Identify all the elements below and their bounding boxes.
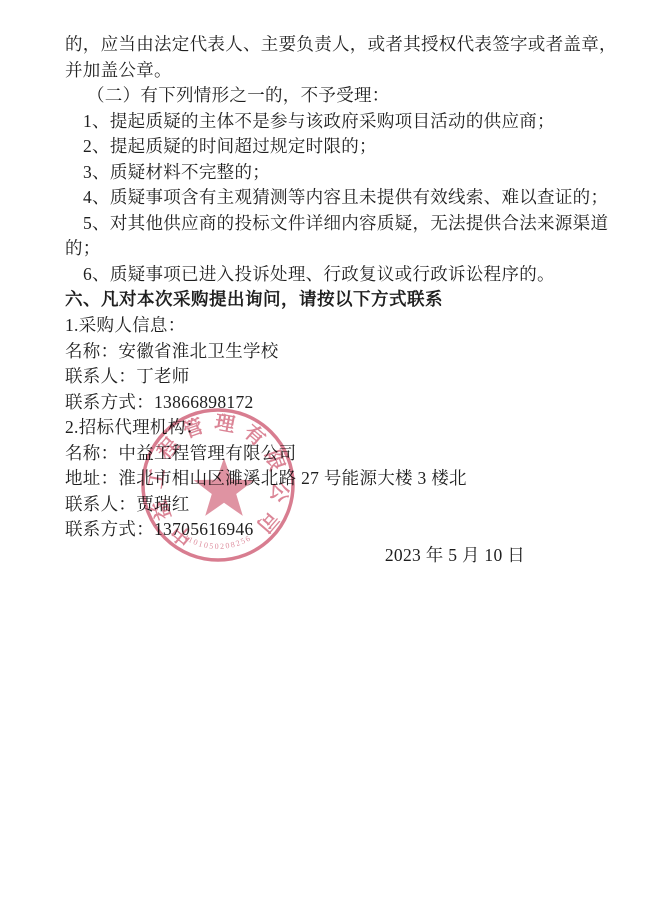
agency-name: 名称：中益工程管理有限公司 <box>65 441 605 467</box>
agency-phone: 联系方式：13705616946 <box>65 517 605 543</box>
document-page: { "page": { "background": "#ffffff", "te… <box>0 0 668 914</box>
document-date: 2023 年 5 月 10 日 <box>65 543 605 569</box>
section-heading: 六、凡对本次采购提出询问，请按以下方式联系 <box>65 287 605 313</box>
doc-line: 1、提起质疑的主体不是参与该政府采购项目活动的供应商； <box>65 109 605 135</box>
doc-line: 3、质疑材料不完整的； <box>65 160 605 186</box>
document-body: 的，应当由法定代表人、主要负责人，或者其授权代表签字或者盖章， 并加盖公章。 （… <box>65 32 605 568</box>
doc-line: 6、质疑事项已进入投诉处理、行政复议或行政诉讼程序的。 <box>65 262 605 288</box>
purchaser-phone: 联系方式：13866898172 <box>65 390 605 416</box>
doc-line: 2、提起质疑的时间超过规定时限的； <box>65 134 605 160</box>
doc-line: 的； <box>65 236 605 262</box>
purchaser-contact: 联系人：丁老师 <box>65 364 605 390</box>
agency-address: 地址：淮北市相山区濉溪北路 27 号能源大楼 3 楼北 <box>65 466 605 492</box>
doc-line: （二）有下列情形之一的，不予受理： <box>65 83 605 109</box>
agency-contact: 联系人：贾瑞红 <box>65 492 605 518</box>
purchaser-info-label: 1.采购人信息： <box>65 313 605 339</box>
doc-line: 并加盖公章。 <box>65 58 605 84</box>
doc-line: 的，应当由法定代表人、主要负责人，或者其授权代表签字或者盖章， <box>65 32 605 58</box>
purchaser-name: 名称：安徽省淮北卫生学校 <box>65 339 605 365</box>
agency-info-label: 2.招标代理机构： <box>65 415 605 441</box>
doc-line: 4、质疑事项含有主观猜测等内容且未提供有效线索、难以查证的； <box>65 185 605 211</box>
doc-line: 5、对其他供应商的投标文件详细内容质疑，无法提供合法来源渠道 <box>65 211 605 237</box>
